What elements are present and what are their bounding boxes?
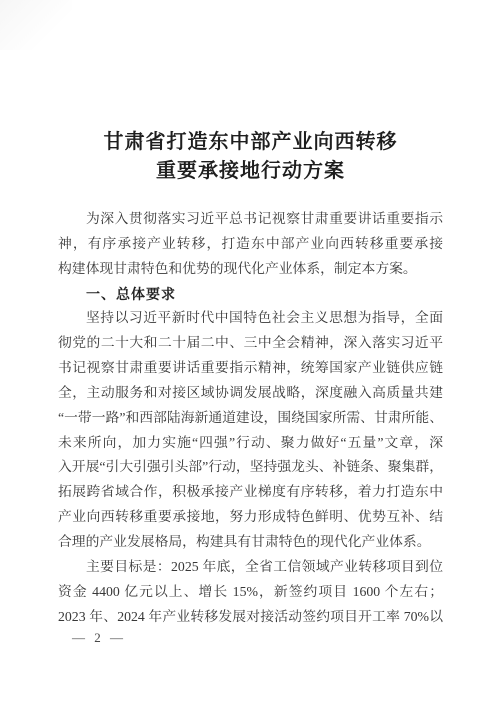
- body-text-line: 坚持以习近平新时代中国特色社会主义思想为指导，全面贯: [58, 306, 443, 331]
- body-text-line: 全，主动服务和对接区域协调发展战略，深度融入高质量共建: [58, 381, 443, 406]
- scan-artifact: [0, 0, 72, 50]
- body-text-line: 书记视察甘肃重要讲话重要指示精神，统筹国家产业链供应链安: [58, 356, 443, 381]
- body-text-line: 构建体现甘肃特色和优势的现代化产业体系，制定本方案。: [58, 257, 443, 282]
- body-text-line: 入开展“引大引强引头部”行动，坚持强龙头、补链条、聚集群，: [58, 455, 443, 480]
- body-text-line: “一带一路”和西部陆海新通道建设，围绕国家所需、甘肃所能、: [58, 406, 443, 431]
- body-text-line: 彻党的二十大和二十届二中、三中全会精神，深入落实习近平总: [58, 331, 443, 356]
- document-page: 甘肃省打造东中部产业向西转移 重要承接地行动方案 为深入贯彻落实习近平总书记视察…: [0, 0, 500, 707]
- body-text-line: 资金 4400 亿元以上、增长 15%，新签约项目 1600 个左右；: [58, 580, 443, 605]
- body-text-line: 为深入贯彻落实习近平总书记视察甘肃重要讲话重要指示精: [58, 207, 443, 232]
- document-title-line2: 重要承接地行动方案: [58, 157, 443, 186]
- body-text-line: 产业向西转移重要承接地，努力形成特色鲜明、优势互补、结构: [58, 505, 443, 530]
- page-number: — 2 —: [72, 629, 126, 647]
- body-text-line: 一、总体要求: [58, 282, 443, 307]
- body-text-line: 神，有序承接产业转移，打造东中部产业向西转移重要承接地，: [58, 232, 443, 257]
- body-text-line: 主要目标是：2025 年底，全省工信领域产业转移项目到位: [58, 555, 443, 580]
- document-title-line1: 甘肃省打造东中部产业向西转移: [58, 128, 443, 157]
- document-body: 为深入贯彻落实习近平总书记视察甘肃重要讲话重要指示精 神，有序承接产业转移，打造…: [58, 207, 443, 629]
- document-title: 甘肃省打造东中部产业向西转移 重要承接地行动方案: [58, 128, 443, 186]
- body-text-line: 合理的产业发展格局，构建具有甘肃特色的现代化产业体系。: [58, 530, 443, 555]
- body-text-line: 2023 年、2024 年产业转移发展对接活动签约项目开工率 70%以: [58, 605, 443, 630]
- body-text-line: 未来所向，加力实施“四强”行动、聚力做好“五量”文章，深: [58, 431, 443, 456]
- body-text-line: 拓展跨省域合作，积极承接产业梯度有序转移，着力打造东中部: [58, 480, 443, 505]
